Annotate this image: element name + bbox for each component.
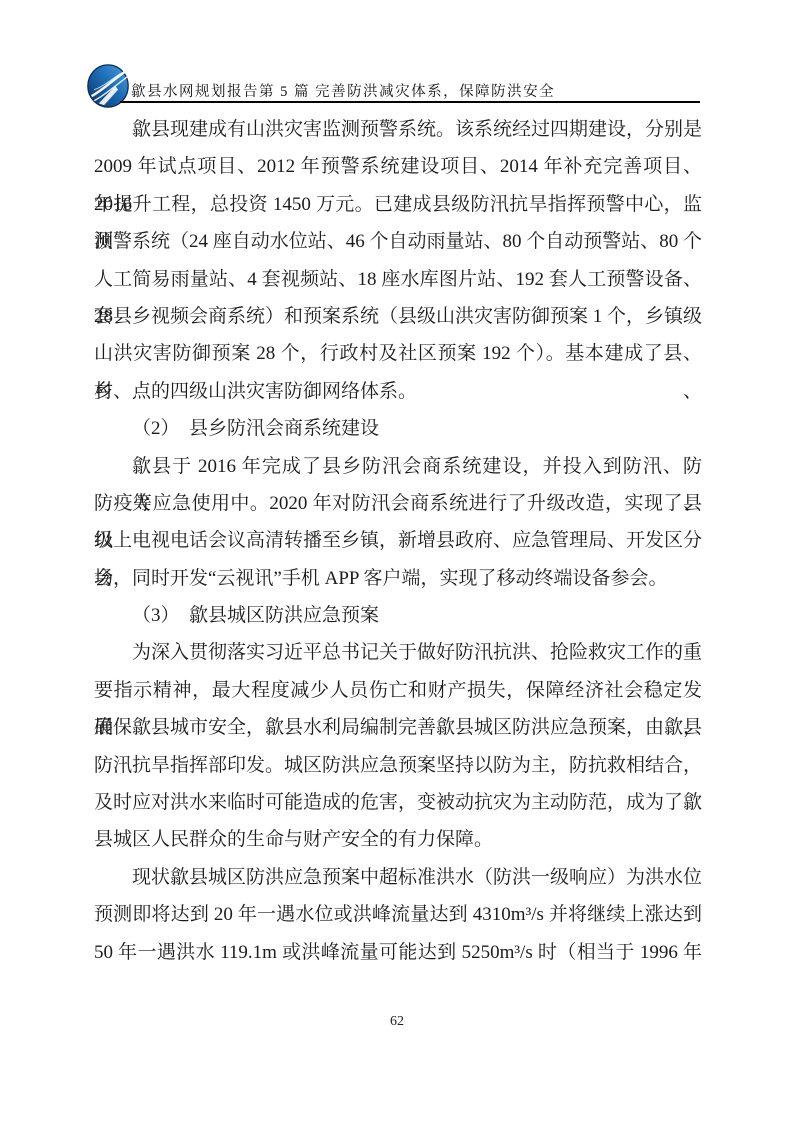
body-line: 套县乡视频会商系统）和预案系统（县级山洪灾害防御预案 1 个，乡镇级 [94,298,702,335]
body-line: 歙县于 2016 年完成了县乡防汛会商系统建设，并投入到防汛、防火、 [94,448,702,485]
body-line: 为深入贯彻落实习近平总书记关于做好防汛抗洪、抢险救灾工作的重 [94,634,702,671]
body-line: 歙县现建成有山洪灾害监测预警系统。该系统经过四期建设，分别是 [94,111,702,148]
body-line: 以上电视电话会议高清转播至乡镇，新增县政府、应急管理局、开发区分会 [94,522,702,559]
header-title: 歙县水网规划报告第 5 篇 完善防洪减灾体系，保障防洪安全 [131,80,555,101]
body-line: 预测即将达到 20 年一遇水位或洪峰流量达到 4310m³/s 并将继续上涨达到 [94,896,702,933]
page-number: 62 [0,1014,794,1030]
body-line: 防汛抗旱指挥部印发。城区防洪应急预案坚持以防为主，防抗救相结合， [94,747,702,784]
page-header: 歙县水网规划报告第 5 篇 完善防洪减灾体系，保障防洪安全 [0,0,794,120]
body-line: 50 年一遇洪水 119.1m 或洪峰流量可能达到 5250m³/s 时（相当于… [94,934,702,971]
document-body: 歙县现建成有山洪灾害监测预警系统。该系统经过四期建设，分别是2009 年试点项目… [94,111,702,971]
document-page: 歙县水网规划报告第 5 篇 完善防洪减灾体系，保障防洪安全 歙县现建成有山洪灾害… [0,0,794,1122]
body-line: 山洪灾害防御预案 28 个，行政村及社区预案 192 个）。基本建成了县、乡、 [94,335,702,372]
body-line: 防疫等应急使用中。2020 年对防汛会商系统进行了升级改造，实现了县级 [94,485,702,522]
body-line: 年提升工程，总投资 1450 万元。已建成县级防汛抗旱指挥预警中心，监测 [94,186,702,223]
header-rule [120,101,700,103]
body-line: （2） 县乡防汛会商系统建设 [94,410,702,447]
body-line: 及时应对洪水来临时可能造成的危害，变被动抗灾为主动防范，成为了歙 [94,784,702,821]
body-line: 人工简易雨量站、4 套视频站、18 座水库图片站、192 套人工预警设备、28 [94,261,702,298]
body-line: 预警系统（24 座自动水位站、46 个自动雨量站、80 个自动预警站、80 个 [94,223,702,260]
body-line: （3） 歙县城区防洪应急预案 [94,597,702,634]
body-line: 现状歙县城区防洪应急预案中超标准洪水（防洪一级响应）为洪水位 [94,859,702,896]
body-line: 2009 年试点项目、2012 年预警系统建设项目、2014 年补充完善项目、2… [94,148,702,185]
body-line: 县城区人民群众的生命与财产安全的有力保障。 [94,821,702,858]
body-line: 场，同时开发“云视讯”手机 APP 客户端，实现了移动终端设备参会。 [94,560,702,597]
body-line: 要指示精神，最大程度减少人员伤亡和财产损失，保障经济社会稳定发展， [94,672,702,709]
body-line: 确保歙县城市安全，歙县水利局编制完善歙县城区防洪应急预案，由歙县 [94,709,702,746]
